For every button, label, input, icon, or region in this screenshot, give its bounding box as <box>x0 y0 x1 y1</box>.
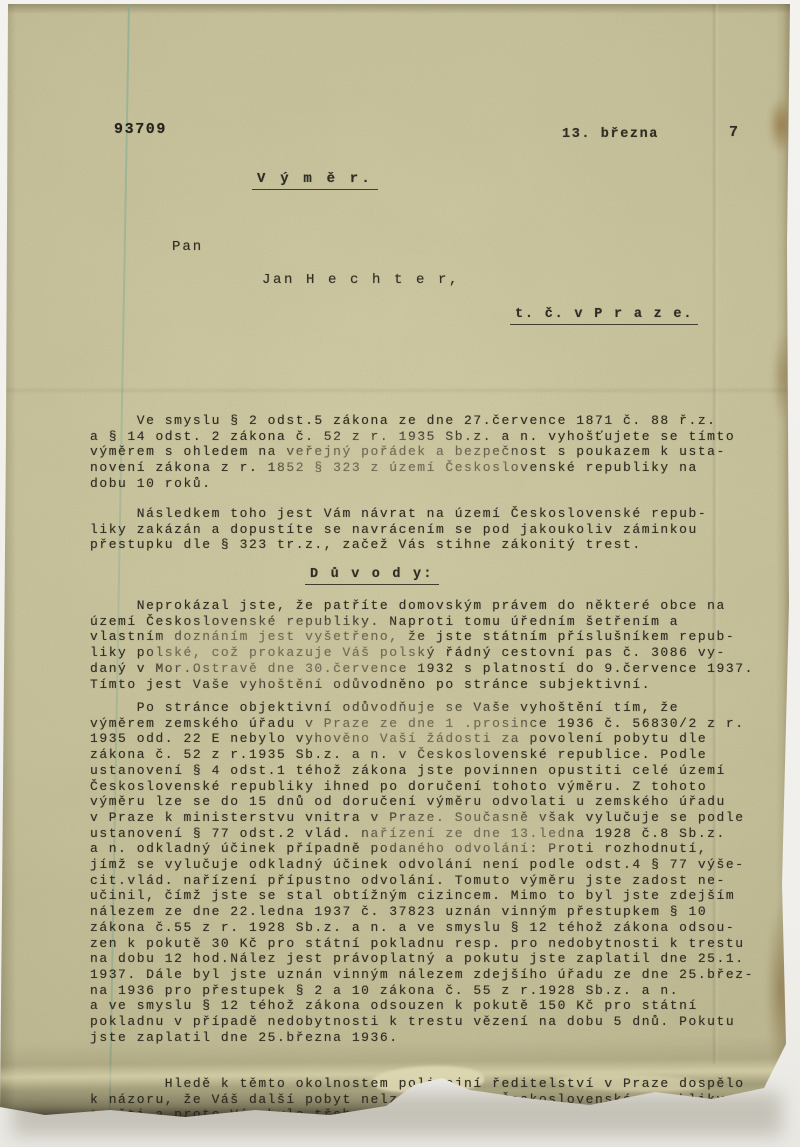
text-line: a ve smyslu § 12 téhož zákona odsouzen k… <box>90 998 785 1014</box>
page-number: 7 <box>729 124 738 141</box>
document-date: 13. března <box>562 127 659 142</box>
paragraph-subjective-grounds: Neprokázal jste, že patříte domovským pr… <box>90 598 785 692</box>
text-line: ustanovení § 4 odst.1 téhož zákona jste … <box>90 763 785 779</box>
text-line: pokladnu v případě nedobytnosti k trestu… <box>90 1014 785 1030</box>
text-line: zákona č.55 z r. 1928 Sb.z. a n. a ve sm… <box>90 920 785 936</box>
text-line: a § 14 odst. 2 zákona č. 52 z r. 1935 Sb… <box>90 429 785 445</box>
text-line: území Československé republiky. Naproti … <box>90 614 785 630</box>
text-line: nálezem ze dne 22.ledna 1937 č. 37823 uz… <box>90 904 785 920</box>
document-page: 93709 13. března 7 V ý m ě r. Pan Jan H … <box>0 4 793 1128</box>
section-heading-duvody: D ů v o d y: <box>305 567 439 585</box>
text-line: Hledě k těmto okolnostem policejní ředit… <box>90 1076 785 1092</box>
text-line: jste zaplatil dne 25.března 1936. <box>90 1030 785 1046</box>
addressee-place: t. č. v P r a z e. <box>510 307 698 325</box>
text-line: ustanovení § 77 odst.2 vlád. nařízení ze… <box>90 826 785 842</box>
paper-edge-left <box>0 4 16 1128</box>
text-line: vlastním doznáním jest vyšetřeno, že jst… <box>90 629 785 645</box>
text-line: výměrem s ohledem na veřejný pořádek a b… <box>90 444 785 460</box>
paragraph-objective-grounds: Po stránce objektivní odůvodňuje se Vaše… <box>90 700 785 1045</box>
text-line: na 1936 pro přestupek § 2 a 10 zákona č.… <box>90 983 785 999</box>
document-title: V ý m ě r. <box>252 171 378 190</box>
addressee-name: Jan H e c h t e r, <box>262 272 460 288</box>
text-line: zen k pokutě 30 Kč pro státní pokladnu r… <box>90 936 785 952</box>
text-line: v Praze k ministerstvu vnitra v Praze. S… <box>90 810 785 826</box>
text-line: výměru lze se do 15 dnů od doručení výmě… <box>90 794 785 810</box>
text-line: zákona č. 52 z r.1935 Sb.z. a n. v Česko… <box>90 747 785 763</box>
text-line: 1935 odd. 22 E nebylo vyhověno Vaší žádo… <box>90 731 785 747</box>
paper-edge-top <box>0 4 793 14</box>
salutation: Pan <box>172 239 203 255</box>
text-line: výměrem zemského úřadu v Praze ze dne 1 … <box>90 716 785 732</box>
text-line: a n. odkladný účinek případně podaného o… <box>90 841 785 857</box>
reference-number: 93709 <box>114 121 167 138</box>
paragraph-decree: Ve smyslu § 2 odst.5 zákona ze dne 27.če… <box>90 413 785 492</box>
text-line: Československé republiky ihned po doruče… <box>90 779 785 795</box>
text-line: Ve smyslu § 2 odst.5 zákona ze dne 27.če… <box>90 413 785 429</box>
text-line: liky zakázán a dopustíte se navrácením s… <box>90 522 785 538</box>
text-line: daný v Mor.Ostravě dne 30.července 1932 … <box>90 661 785 677</box>
text-line: novení zákona z r. 1852 § 323 z území Če… <box>90 460 785 476</box>
text-line: 1937. Dále byl jste uznán vinným nálezem… <box>90 967 785 983</box>
paragraph-prohibition: Následkem toho jest Vám návrat na území … <box>90 506 785 553</box>
text-line: cit.vlád. nařízení přípustno odvolání. T… <box>90 873 785 889</box>
text-line: Neprokázal jste, že patříte domovským pr… <box>90 598 785 614</box>
horizontal-fold-crease <box>0 388 793 393</box>
text-line: Po stránce objektivní odůvodňuje se Vaše… <box>90 700 785 716</box>
text-line: jímž se vylučuje odkladný účinek odvolán… <box>90 857 785 873</box>
text-line: přestupku dle § 323 tr.z., začež Vás sti… <box>90 537 785 553</box>
text-line: učinil, čímž jste se stal obtížným cizin… <box>90 888 785 904</box>
text-line: Následkem toho jest Vám návrat na území … <box>90 506 785 522</box>
text-line: liky polské, což prokazuje Váš polský řá… <box>90 645 785 661</box>
text-line: dobu 10 roků. <box>90 476 785 492</box>
text-line: na dobu 12 hod.Nález jest právoplatný a … <box>90 951 785 967</box>
text-line: Tímto jest Vaše vyhoštění odůvodněno po … <box>90 677 785 693</box>
